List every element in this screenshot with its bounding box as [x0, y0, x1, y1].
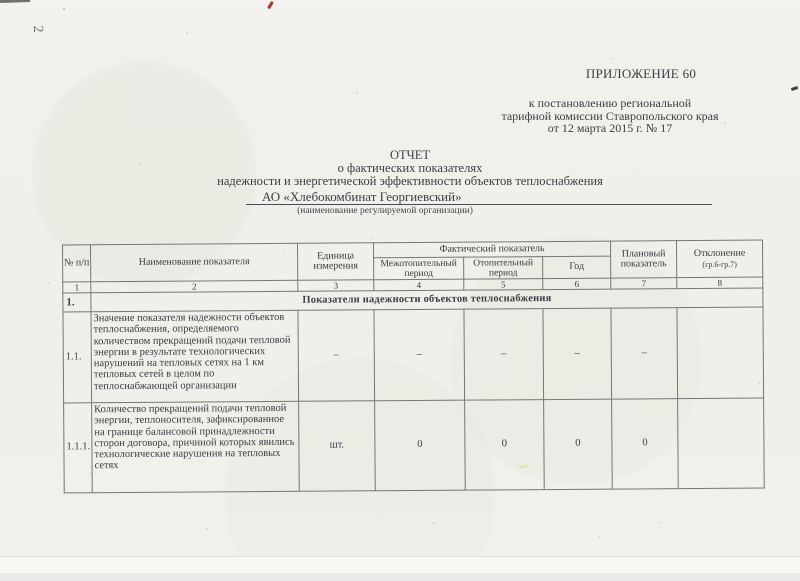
table-row: 1.1.1. Количество прекращений подачи теп… — [64, 398, 765, 493]
row-number: 1.1.1. — [64, 403, 93, 493]
heating-period-value: – — [464, 309, 544, 401]
pen-mark-right-edge — [791, 86, 799, 91]
column-number: 6 — [543, 278, 611, 289]
organization-caption: (наименование регулируемой организации) — [35, 206, 735, 216]
unit-value: шт. — [299, 401, 376, 492]
handwritten-page-number: 2 — [28, 20, 47, 39]
col-header-name: Наименование показателя — [91, 243, 298, 281]
col-header-heating-period: Отопительный период — [464, 257, 543, 280]
plan-value: – — [611, 308, 678, 399]
unit-value: – — [298, 310, 375, 402]
report-title-line-3: надежности и энергетической эффективност… — [60, 175, 760, 188]
deviation-value — [678, 398, 765, 489]
appendix-number: ПРИЛОЖЕНИЕ 60 — [450, 66, 780, 82]
heating-period-value: 0 — [465, 400, 545, 491]
organization-name: АО «Хлебокомбинат Георгиевский» — [246, 189, 712, 205]
col-header-unit: Единица измерения — [298, 243, 374, 281]
deviation-value — [677, 307, 764, 399]
col-header-year: Год — [543, 256, 611, 278]
col-header-plan: Плановый показатель — [611, 241, 677, 278]
appendix-header: ПРИЛОЖЕНИЕ 60 к постановлению региональн… — [450, 66, 780, 135]
report-table: № п/п Наименование показателя Единица из… — [62, 240, 764, 494]
scanner-bottom-edge — [0, 573, 800, 581]
column-number: 8 — [677, 277, 763, 289]
year-value: – — [543, 308, 612, 399]
plan-value: 0 — [612, 399, 679, 489]
column-number: 7 — [611, 278, 677, 289]
report-title-line-1: ОТЧЕТ — [60, 149, 760, 162]
report-title: ОТЧЕТ о фактических показателях надежнос… — [60, 149, 760, 187]
column-number: 5 — [464, 279, 543, 291]
col-header-deviation: Отклонение (гр.6-гр.7) — [677, 240, 763, 278]
year-value: 0 — [544, 399, 613, 489]
column-number: 4 — [374, 279, 464, 291]
col-header-deviation-label: Отклонение — [677, 249, 762, 260]
col-header-actual-group: Фактический показатель — [374, 241, 611, 258]
indicator-name: Значение показателя надежности объектов … — [91, 310, 299, 402]
table-row: 1.1. Значение показателя надежности объе… — [63, 307, 764, 403]
col-header-num: № п/п — [63, 245, 91, 282]
column-number: 1 — [63, 282, 91, 293]
appendix-ref-line-3: от 12 марта 2015 г. № 17 — [450, 122, 780, 135]
column-number: 3 — [298, 280, 374, 292]
interheating-period-value: 0 — [375, 400, 466, 491]
row-number: 1.1. — [63, 312, 92, 403]
interheating-period-value: – — [374, 309, 465, 401]
scanner-bottom-band — [0, 556, 800, 574]
scan-edge-artifact — [0, 0, 30, 3]
indicator-name: Количество прекращений подачи тепловой э… — [92, 401, 300, 492]
scanned-document-page: 2 ПРИЛОЖЕНИЕ 60 к постановлению регионал… — [0, 0, 800, 581]
section-number: 1. — [63, 293, 91, 312]
col-header-interheating-period: Межотопительный период — [374, 257, 464, 280]
appendix-ref-line-1: к постановлению региональной — [450, 97, 780, 110]
report-title-line-2: о фактических показателях — [60, 162, 760, 175]
scan-noise-specks — [0, 0, 2, 2]
col-header-deviation-note: (гр.6-гр.7) — [677, 259, 762, 269]
red-pen-mark — [267, 1, 273, 9]
